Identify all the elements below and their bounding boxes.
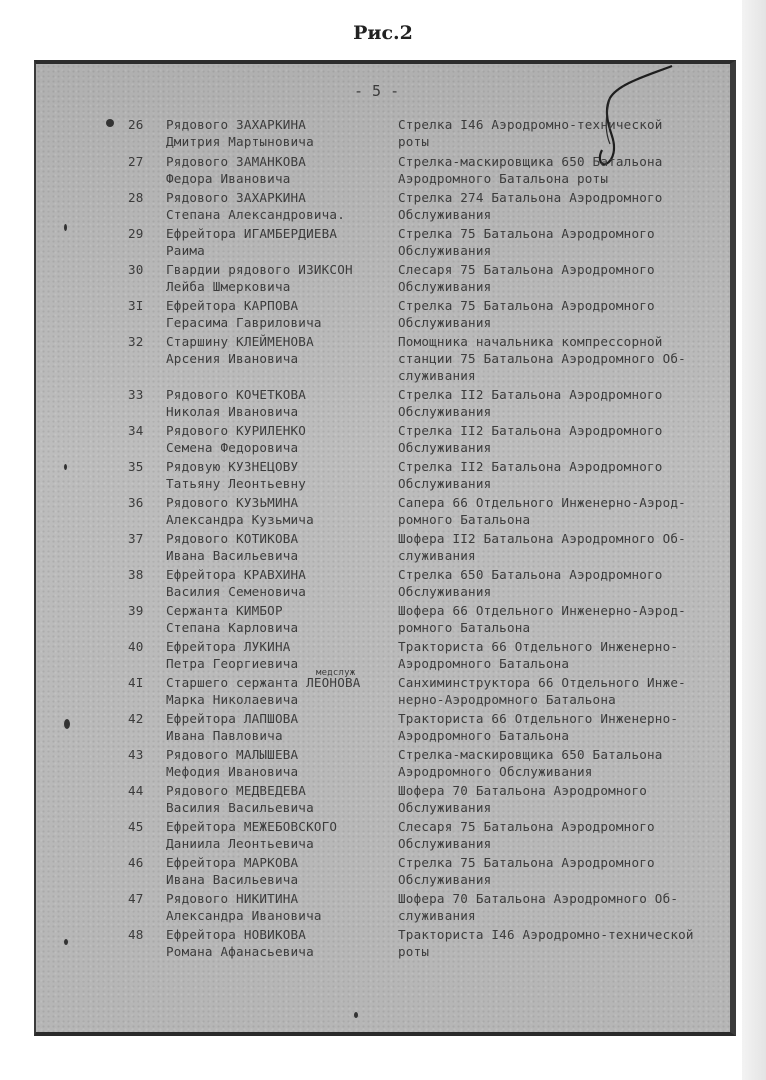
entry-number: 4I bbox=[128, 674, 154, 691]
entry-number: 34 bbox=[128, 422, 154, 439]
position-line: Стрелка-маскировщика 650 Батальона bbox=[398, 153, 734, 170]
entry-number: 43 bbox=[128, 746, 154, 763]
position-line: Аэродромного Батальона bbox=[398, 655, 734, 672]
given-names: Ивана Васильевича bbox=[166, 547, 396, 564]
entry-position: Тракториста 66 Отдельного Инженерно-Аэро… bbox=[398, 638, 734, 672]
entry-number: 45 bbox=[128, 818, 154, 835]
entry-name: Рядового КУРИЛЕНКОСемена Федоровича bbox=[166, 422, 396, 456]
entry-number: 32 bbox=[128, 333, 154, 350]
entry-name: Гвардии рядового ИЗИКСОНЛейба Шмерковича bbox=[166, 261, 396, 295]
position-line: Помощника начальника компрессорной bbox=[398, 333, 734, 350]
entry-position: Шофера 66 Отдельного Инженерно-Аэрод-ром… bbox=[398, 602, 734, 636]
position-line: Обслуживания bbox=[398, 475, 734, 492]
position-line: Стрелка 75 Батальона Аэродромного bbox=[398, 854, 734, 871]
given-names: Даниила Леонтьевича bbox=[166, 835, 396, 852]
scanned-document: - 5 - 26Рядового ЗАХАРКИНАДмитрия Мартын… bbox=[34, 60, 736, 1036]
entry-position: Шофера 70 Батальона Аэродромного Об-служ… bbox=[398, 890, 734, 924]
position-line: служивания bbox=[398, 907, 734, 924]
position-line: Тракториста 66 Отдельного Инженерно- bbox=[398, 638, 734, 655]
scan-speck bbox=[354, 1012, 358, 1018]
entry-number: 42 bbox=[128, 710, 154, 727]
position-line: Стрелка 274 Батальона Аэродромного bbox=[398, 189, 734, 206]
given-names: Ивана Васильевича bbox=[166, 871, 396, 888]
position-line: Стрелка 650 Батальона Аэродромного bbox=[398, 566, 734, 583]
entry-number: 27 bbox=[128, 153, 154, 170]
rank-surname: Рядовую КУЗНЕЦОВУ bbox=[166, 458, 396, 475]
position-line: Шофера 66 Отдельного Инженерно-Аэрод- bbox=[398, 602, 734, 619]
entry-position: Стрелка II2 Батальона АэродромногоОбслуж… bbox=[398, 386, 734, 420]
rank-surname: Ефрейтора КРАВХИНА bbox=[166, 566, 396, 583]
given-names: Василия Семеновича bbox=[166, 583, 396, 600]
scan-speck bbox=[64, 939, 68, 945]
given-names: Василия Васильевича bbox=[166, 799, 396, 816]
entry-name: Рядового КОЧЕТКОВАНиколая Ивановича bbox=[166, 386, 396, 420]
entry-name: Рядового МЕДВЕДЕВАВасилия Васильевича bbox=[166, 782, 396, 816]
position-line: Санхиминструктора 66 Отдельного Инже- bbox=[398, 674, 734, 691]
position-line: Слесаря 75 Батальона Аэродромного bbox=[398, 818, 734, 835]
position-line: Шофера 70 Батальона Аэродромного bbox=[398, 782, 734, 799]
scan-speck bbox=[64, 719, 70, 729]
position-line: Стрелка II2 Батальона Аэродромного bbox=[398, 386, 734, 403]
given-names: Лейба Шмерковича bbox=[166, 278, 396, 295]
entry-name: Ефрейтора НОВИКОВАРомана Афанасьевича bbox=[166, 926, 396, 960]
position-line: Тракториста 66 Отдельного Инженерно- bbox=[398, 710, 734, 727]
entry-position: Стрелка-маскировщика 650 БатальонаАэродр… bbox=[398, 746, 734, 780]
position-line: Аэродромного Обслуживания bbox=[398, 763, 734, 780]
entry-position: Стрелка 75 Батальона АэродромногоОбслужи… bbox=[398, 225, 734, 259]
entry-name: Рядового ЗАХАРКИНАДмитрия Мартыновича bbox=[166, 116, 396, 150]
given-names: Герасима Гавриловича bbox=[166, 314, 396, 331]
given-names: Татьяну Леонтьевну bbox=[166, 475, 396, 492]
position-line: Обслуживания bbox=[398, 314, 734, 331]
rank-surname: Рядового ЗАХАРКИНА bbox=[166, 116, 396, 133]
entry-position: Стрелка II2 Батальона АэродромногоОбслуж… bbox=[398, 458, 734, 492]
rank-surname: Ефрейтора МЕЖЕБОВСКОГО bbox=[166, 818, 396, 835]
entry-number: 44 bbox=[128, 782, 154, 799]
figure-caption: Рис.2 bbox=[0, 22, 766, 44]
rank-surname: Ефрейтора ЛУКИНА bbox=[166, 638, 396, 655]
given-names: Степана Карловича bbox=[166, 619, 396, 636]
entry-name: Рядового ЗАХАРКИНАСтепана Александровича… bbox=[166, 189, 396, 223]
given-names: Петра Георгиевича bbox=[166, 655, 396, 672]
given-names: Степана Александровича. bbox=[166, 206, 396, 223]
entry-position: Санхиминструктора 66 Отдельного Инже-нер… bbox=[398, 674, 734, 708]
given-names: Романа Афанасьевича bbox=[166, 943, 396, 960]
given-names: Арсения Ивановича bbox=[166, 350, 396, 367]
position-line: Обслуживания bbox=[398, 835, 734, 852]
rank-surname: Рядового МАЛЫШЕВА bbox=[166, 746, 396, 763]
entry-number: 26 bbox=[128, 116, 154, 133]
entry-name: Рядовую КУЗНЕЦОВУТатьяну Леонтьевну bbox=[166, 458, 396, 492]
entry-position: Помощника начальника компрессорнойстанци… bbox=[398, 333, 734, 384]
rank-surname: Ефрейтора НОВИКОВА bbox=[166, 926, 396, 943]
position-line: Обслуживания bbox=[398, 403, 734, 420]
position-line: ромного Батальона bbox=[398, 511, 734, 528]
entry-number: 28 bbox=[128, 189, 154, 206]
rank-surname: Рядового ЗАХАРКИНА bbox=[166, 189, 396, 206]
position-line: Стрелка 75 Батальона Аэродромного bbox=[398, 297, 734, 314]
position-line: нерно-Аэродромного Батальона bbox=[398, 691, 734, 708]
entry-number: 30 bbox=[128, 261, 154, 278]
given-names: Мефодия Ивановича bbox=[166, 763, 396, 780]
position-line: Аэродромного Батальона роты bbox=[398, 170, 734, 187]
entry-position: Стрелка 75 Батальона АэродромногоОбслужи… bbox=[398, 854, 734, 888]
given-names: Ивана Павловича bbox=[166, 727, 396, 744]
rank-surname: Ефрейтора МАРКОВА bbox=[166, 854, 396, 871]
rank-surname: Гвардии рядового ИЗИКСОН bbox=[166, 261, 396, 278]
entry-number: 3I bbox=[128, 297, 154, 314]
position-line: роты bbox=[398, 133, 734, 150]
page-edge bbox=[742, 0, 766, 1080]
entry-name: Ефрейтора КРАВХИНАВасилия Семеновича bbox=[166, 566, 396, 600]
rank-surname: Рядового КОТИКОВА bbox=[166, 530, 396, 547]
position-line: Обслуживания bbox=[398, 439, 734, 456]
position-line: Стрелка II2 Батальона Аэродромного bbox=[398, 422, 734, 439]
entry-number: 46 bbox=[128, 854, 154, 871]
entry-name: Рядового НИКИТИНААлександра Ивановича bbox=[166, 890, 396, 924]
entry-name: Ефрейтора КАРПОВАГерасима Гавриловича bbox=[166, 297, 396, 331]
rank-surname: Рядового НИКИТИНА bbox=[166, 890, 396, 907]
entry-name: Старшину КЛЕЙМЕНОВААрсения Ивановича bbox=[166, 333, 396, 367]
position-line: Обслуживания bbox=[398, 799, 734, 816]
entry-position: Тракториста I46 Аэродромно-техническойро… bbox=[398, 926, 734, 960]
position-line: Шофера II2 Батальона Аэродромного Об- bbox=[398, 530, 734, 547]
position-line: станции 75 Батальона Аэродромного Об- bbox=[398, 350, 734, 367]
entry-position: Тракториста 66 Отдельного Инженерно-Аэро… bbox=[398, 710, 734, 744]
rank-surname: Рядового МЕДВЕДЕВА bbox=[166, 782, 396, 799]
entry-number: 37 bbox=[128, 530, 154, 547]
given-names: Александра Ивановича bbox=[166, 907, 396, 924]
rank-surname: Старшего сержанта ЛЕОНОВА bbox=[166, 674, 396, 691]
entry-number: 39 bbox=[128, 602, 154, 619]
entry-name: Ефрейтора ИГАМБЕРДИЕВАРаима bbox=[166, 225, 396, 259]
position-line: Обслуживания bbox=[398, 206, 734, 223]
entry-number: 48 bbox=[128, 926, 154, 943]
entry-position: Стрелка-маскировщика 650 БатальонаАэродр… bbox=[398, 153, 734, 187]
entry-position: Слесаря 75 Батальона АэродромногоОбслужи… bbox=[398, 818, 734, 852]
entry-number: 29 bbox=[128, 225, 154, 242]
entry-name: Рядового КУЗЬМИНААлександра Кузьмича bbox=[166, 494, 396, 528]
entry-position: Шофера II2 Батальона Аэродромного Об-слу… bbox=[398, 530, 734, 564]
entry-number: 40 bbox=[128, 638, 154, 655]
scan-speck bbox=[106, 119, 114, 127]
position-line: служивания bbox=[398, 547, 734, 564]
entry-name: Ефрейтора МАРКОВАИвана Васильевича bbox=[166, 854, 396, 888]
entry-position: Стрелка 75 Батальона АэродромногоОбслужи… bbox=[398, 297, 734, 331]
scan-speck bbox=[64, 464, 67, 470]
position-line: Стрелка I46 Аэродромно-технической bbox=[398, 116, 734, 133]
entry-name: Старшего сержанта ЛЕОНОВАМарка Николаеви… bbox=[166, 674, 396, 708]
rank-surname: Сержанта КИМБОР bbox=[166, 602, 396, 619]
position-line: Слесаря 75 Батальона Аэродромного bbox=[398, 261, 734, 278]
given-names: Дмитрия Мартыновича bbox=[166, 133, 396, 150]
position-line: Аэродромного Батальона bbox=[398, 727, 734, 744]
entry-number: 36 bbox=[128, 494, 154, 511]
rank-surname: Рядового КУЗЬМИНА bbox=[166, 494, 396, 511]
entry-name: Ефрейтора ЛУКИНАПетра Георгиевича bbox=[166, 638, 396, 672]
entry-position: Шофера 70 Батальона АэродромногоОбслужив… bbox=[398, 782, 734, 816]
position-line: Стрелка 75 Батальона Аэродромного bbox=[398, 225, 734, 242]
rank-surname: Рядового ЗАМАНКОВА bbox=[166, 153, 396, 170]
given-names: Федора Ивановича bbox=[166, 170, 396, 187]
position-line: Стрелка-маскировщика 650 Батальона bbox=[398, 746, 734, 763]
entry-position: Слесаря 75 Батальона АэродромногоОбслужи… bbox=[398, 261, 734, 295]
entry-position: Стрелка I46 Аэродромно-техническойроты bbox=[398, 116, 734, 150]
position-line: Сапера 66 Отдельного Инженерно-Аэрод- bbox=[398, 494, 734, 511]
given-names: Раима bbox=[166, 242, 396, 259]
entry-name: Ефрейтора ЛАПШОВАИвана Павловича bbox=[166, 710, 396, 744]
position-line: Обслуживания bbox=[398, 583, 734, 600]
page-number: - 5 - bbox=[354, 82, 399, 100]
entry-position: Сапера 66 Отдельного Инженерно-Аэрод-ром… bbox=[398, 494, 734, 528]
position-line: Тракториста I46 Аэродромно-технической bbox=[398, 926, 734, 943]
handwritten-annotation: медслуж bbox=[316, 665, 355, 682]
rank-surname: Рядового КУРИЛЕНКО bbox=[166, 422, 396, 439]
entry-number: 33 bbox=[128, 386, 154, 403]
given-names: Семена Федоровича bbox=[166, 439, 396, 456]
entry-name: Сержанта КИМБОРСтепана Карловича bbox=[166, 602, 396, 636]
position-line: роты bbox=[398, 943, 734, 960]
entry-name: Рядового ЗАМАНКОВАФедора Ивановича bbox=[166, 153, 396, 187]
position-line: ромного Батальона bbox=[398, 619, 734, 636]
rank-surname: Рядового КОЧЕТКОВА bbox=[166, 386, 396, 403]
entry-number: 35 bbox=[128, 458, 154, 475]
rank-surname: Старшину КЛЕЙМЕНОВА bbox=[166, 333, 396, 350]
entry-name: Рядового МАЛЫШЕВАМефодия Ивановича bbox=[166, 746, 396, 780]
rank-surname: Ефрейтора ЛАПШОВА bbox=[166, 710, 396, 727]
given-names: Марка Николаевича bbox=[166, 691, 396, 708]
given-names: Николая Ивановича bbox=[166, 403, 396, 420]
position-line: Обслуживания bbox=[398, 278, 734, 295]
entry-name: Рядового КОТИКОВАИвана Васильевича bbox=[166, 530, 396, 564]
entry-number: 38 bbox=[128, 566, 154, 583]
given-names: Александра Кузьмича bbox=[166, 511, 396, 528]
scan-speck bbox=[64, 224, 67, 231]
position-line: Обслуживания bbox=[398, 242, 734, 259]
position-line: Стрелка II2 Батальона Аэродромного bbox=[398, 458, 734, 475]
position-line: Шофера 70 Батальона Аэродромного Об- bbox=[398, 890, 734, 907]
entry-number: 47 bbox=[128, 890, 154, 907]
position-line: служивания bbox=[398, 367, 734, 384]
rank-surname: Ефрейтора КАРПОВА bbox=[166, 297, 396, 314]
entry-position: Стрелка 650 Батальона АэродромногоОбслуж… bbox=[398, 566, 734, 600]
entry-name: Ефрейтора МЕЖЕБОВСКОГОДаниила Леонтьевич… bbox=[166, 818, 396, 852]
position-line: Обслуживания bbox=[398, 871, 734, 888]
entry-position: Стрелка II2 Батальона АэродромногоОбслуж… bbox=[398, 422, 734, 456]
rank-surname: Ефрейтора ИГАМБЕРДИЕВА bbox=[166, 225, 396, 242]
entry-position: Стрелка 274 Батальона АэродромногоОбслуж… bbox=[398, 189, 734, 223]
